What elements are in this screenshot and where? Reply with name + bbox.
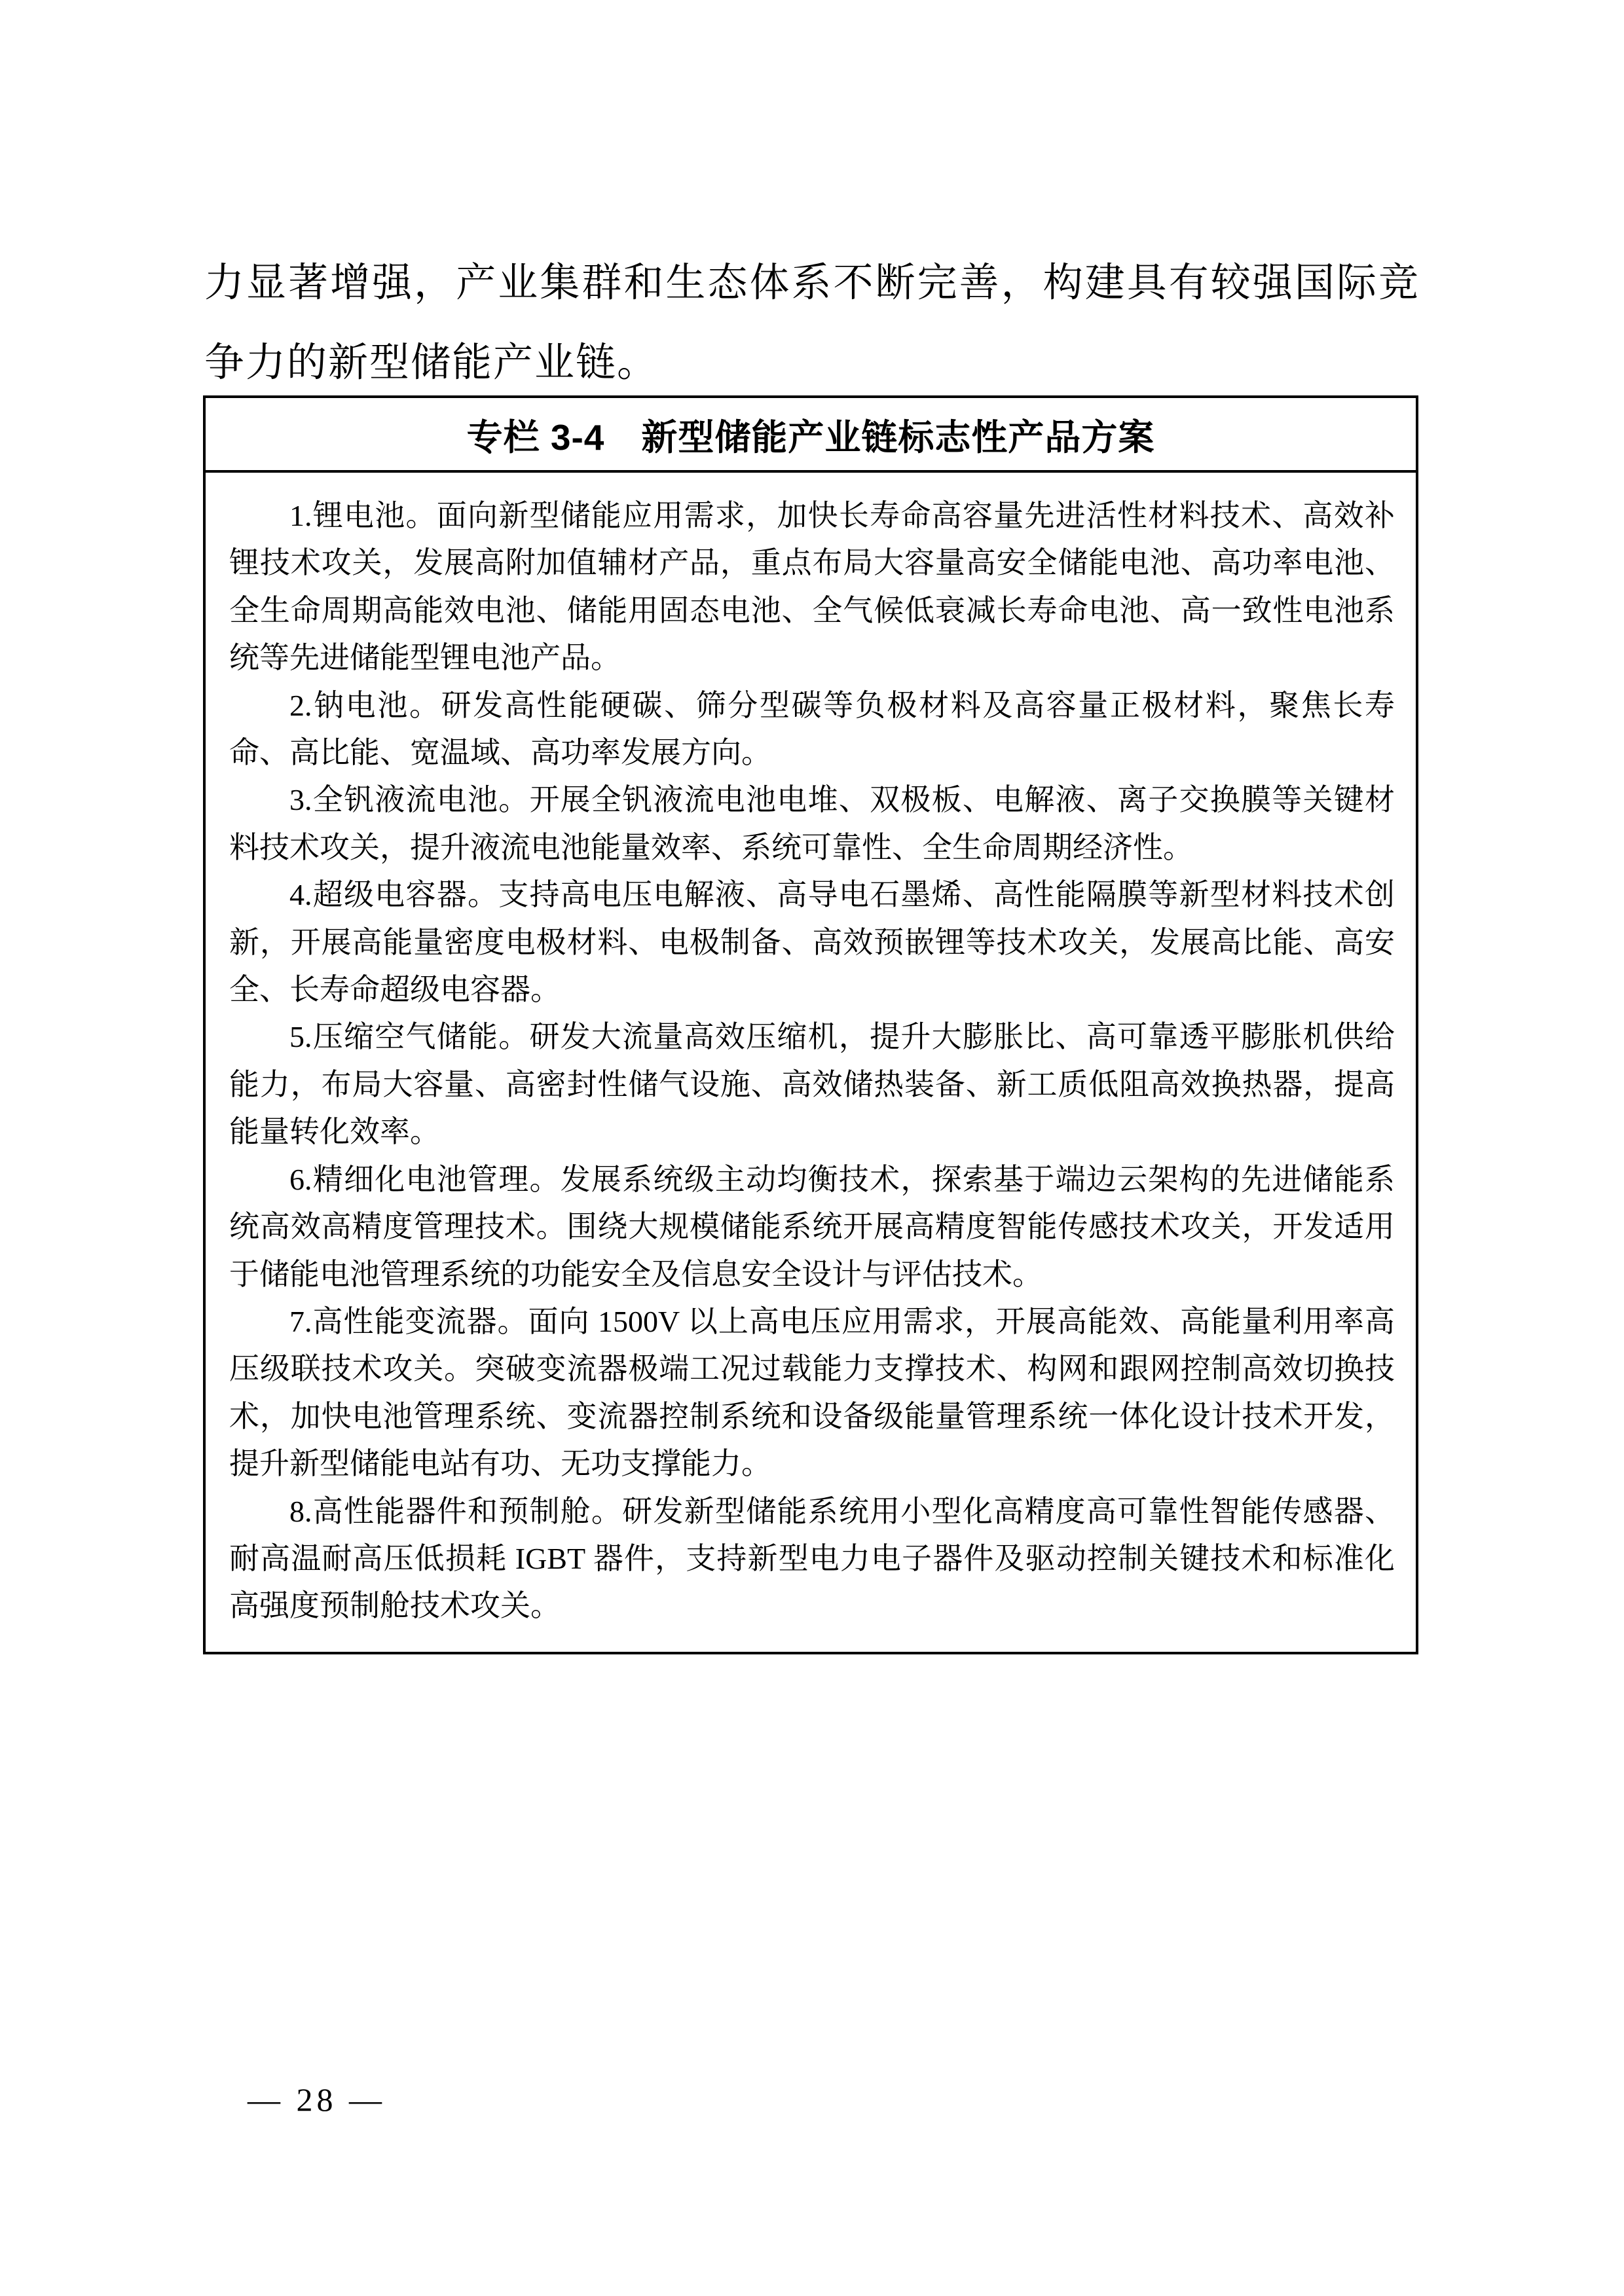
- box-paragraph-supercapacitor: 4.超级电容器。支持高电压电解液、高导电石墨烯、高性能隔膜等新型材料技术创新，开…: [229, 871, 1395, 1013]
- box-paragraph-converter: 7.高性能变流器。面向 1500V 以上高电压应用需求，开展高能效、高能量利用率…: [229, 1298, 1395, 1488]
- callout-box: 专栏 3-4 新型储能产业链标志性产品方案 1.锂电池。面向新型储能应用需求，加…: [203, 395, 1418, 1654]
- box-paragraph-compressed-air-storage: 5.压缩空气储能。研发大流量高效压缩机，提升大膨胀比、高可靠透平膨胀机供给能力，…: [229, 1013, 1395, 1156]
- box-paragraph-lithium-battery: 1.锂电池。面向新型储能应用需求，加快长寿命高容量先进活性材料技术、高效补锂技术…: [229, 492, 1395, 682]
- box-paragraph-vanadium-flow-battery: 3.全钒液流电池。开展全钒液流电池电堆、双极板、电解液、离子交换膜等关键材料技术…: [229, 776, 1395, 871]
- box-paragraph-components-prefab-cabin: 8.高性能器件和预制舱。研发新型储能系统用小型化高精度高可靠性智能传感器、耐高温…: [229, 1488, 1395, 1630]
- page-number: — 28 —: [248, 2081, 386, 2119]
- box-paragraph-sodium-battery: 2.钠电池。研发高性能硬碳、筛分型碳等负极材料及高容量正极材料，聚焦长寿命、高比…: [229, 682, 1395, 777]
- intro-paragraph: 力显著增强，产业集群和生态体系不断完善，构建具有较强国际竞争力的新型储能产业链。: [204, 244, 1420, 403]
- callout-box-title: 专栏 3-4 新型储能产业链标志性产品方案: [206, 398, 1416, 473]
- box-paragraph-battery-management: 6.精细化电池管理。发展系统级主动均衡技术，探索基于端边云架构的先进储能系统高效…: [229, 1156, 1395, 1298]
- callout-box-body: 1.锂电池。面向新型储能应用需求，加快长寿命高容量先进活性材料技术、高效补锂技术…: [206, 473, 1416, 1630]
- document-page: { "document": { "intro": "力显著增强，产业集群和生态体…: [0, 0, 1624, 2296]
